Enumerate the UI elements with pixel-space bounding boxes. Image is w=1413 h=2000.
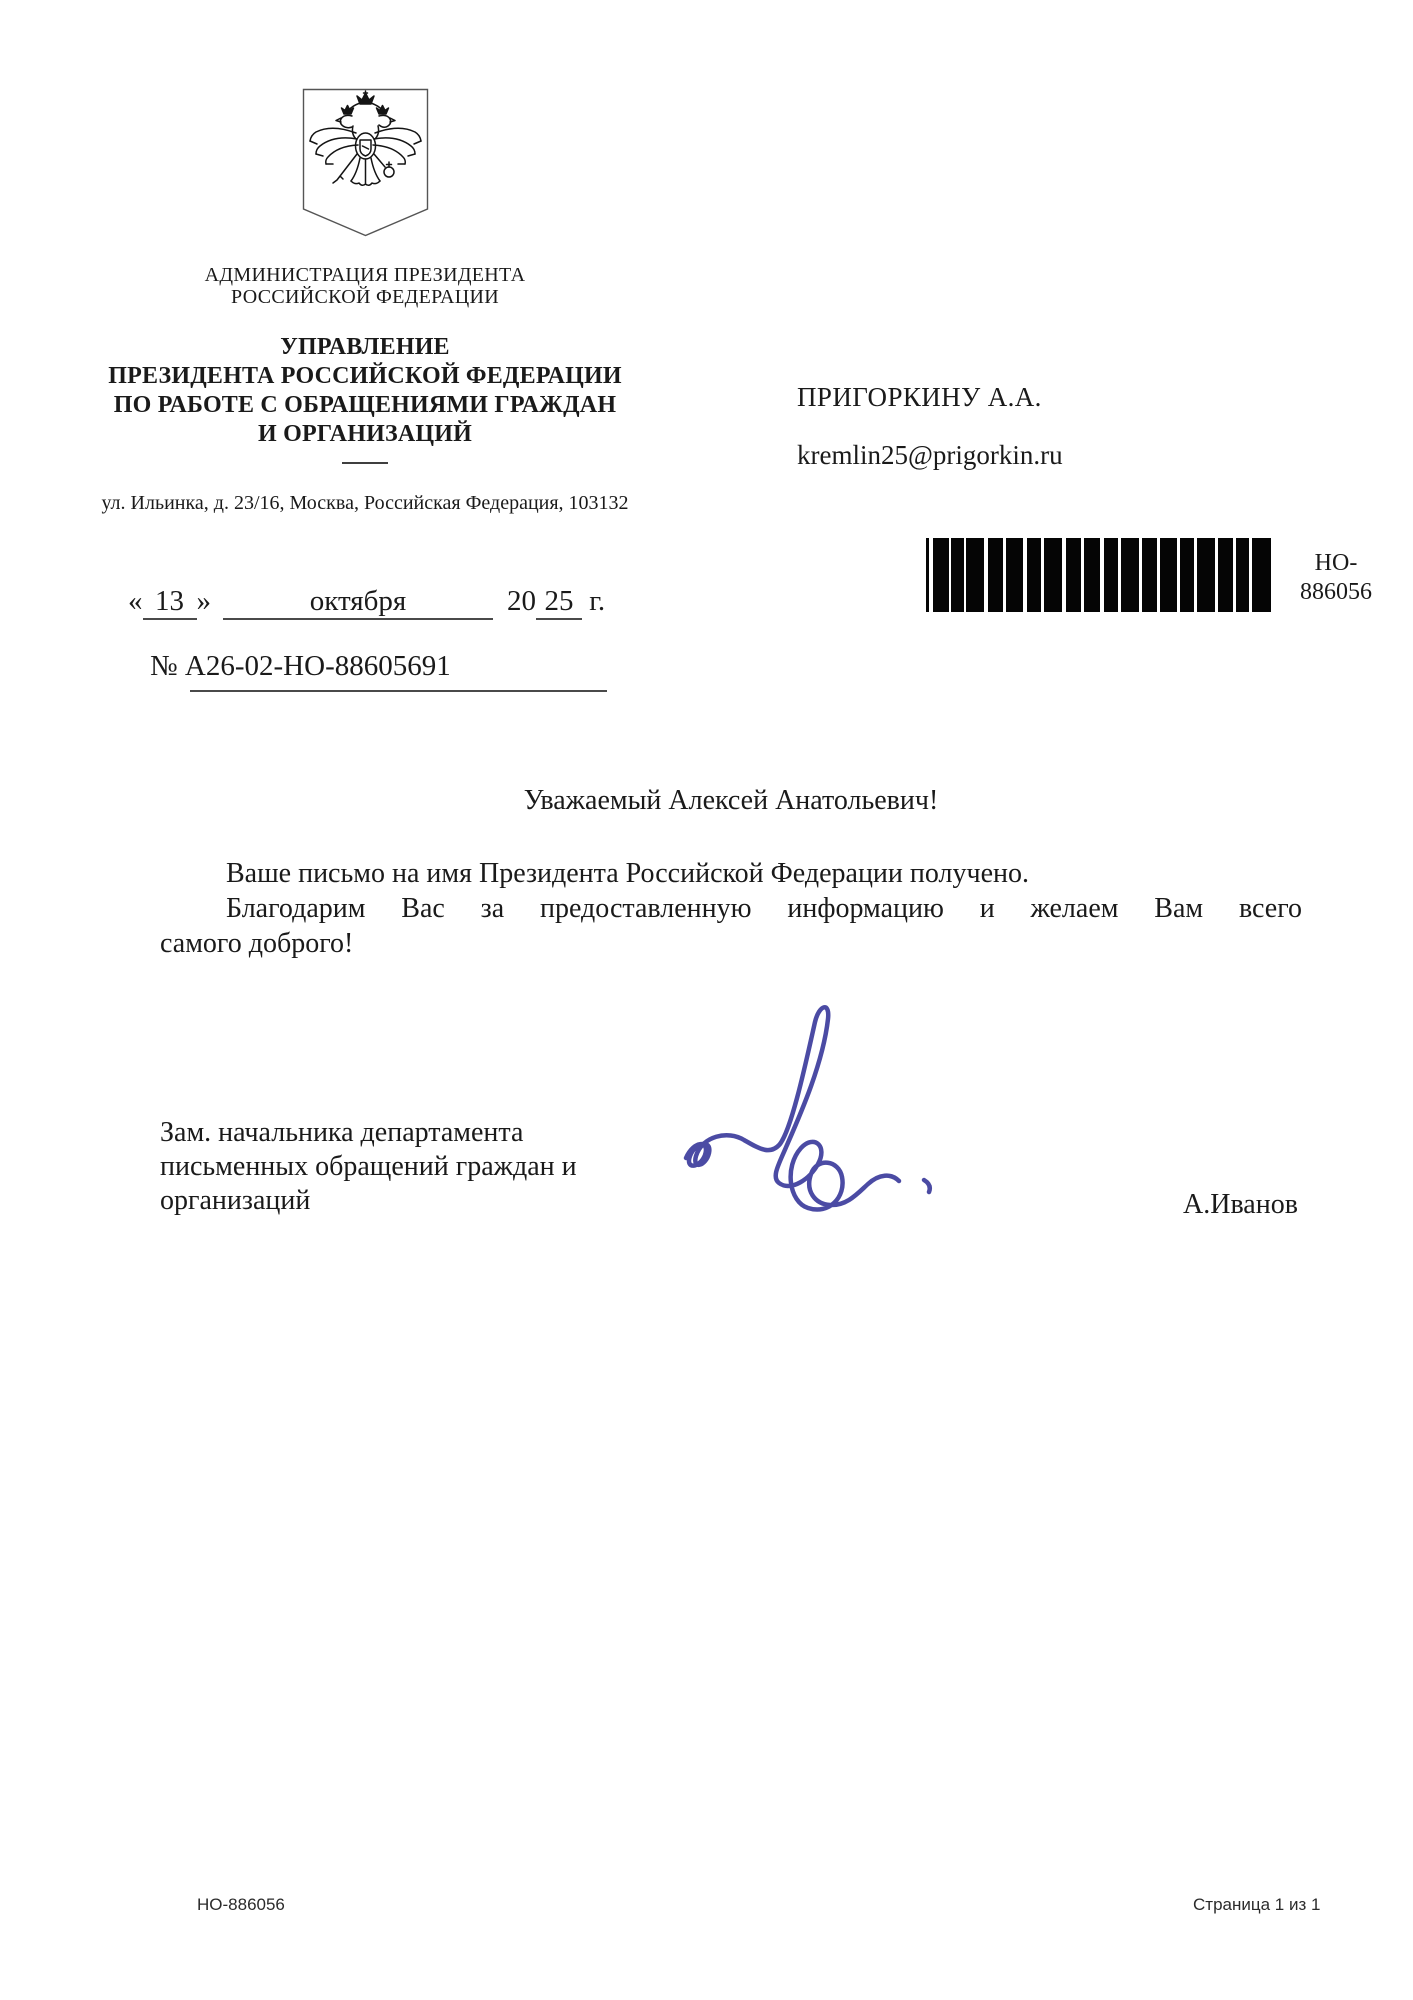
number-sign: № bbox=[150, 650, 178, 682]
document-number: А26-02-НО-88605691 bbox=[185, 650, 451, 682]
date-close-quote: » bbox=[197, 585, 212, 617]
letterhead: АДМИНИСТРАЦИЯ ПРЕЗИДЕНТА РОССИЙСКОЙ ФЕДЕ… bbox=[85, 88, 645, 515]
handwritten-signature-icon bbox=[672, 998, 1002, 1213]
barcode-label: НО- 886056 bbox=[1288, 549, 1384, 607]
date-century: 20 bbox=[507, 585, 536, 617]
date-year: 25 bbox=[536, 585, 582, 620]
document-page: АДМИНИСТРАЦИЯ ПРЕЗИДЕНТА РОССИЙСКОЙ ФЕДЕ… bbox=[0, 0, 1413, 2000]
date-day: 13 bbox=[143, 585, 197, 620]
date-month: октября bbox=[223, 585, 493, 620]
org-name-bold: УПРАВЛЕНИЕ ПРЕЗИДЕНТА РОССИЙСКОЙ ФЕДЕРАЦ… bbox=[85, 333, 645, 449]
date-line: «13»октября2025 г. bbox=[128, 585, 605, 620]
letterhead-divider bbox=[342, 462, 388, 464]
footer-page-info: Страница 1 из 1 bbox=[1193, 1895, 1320, 1915]
body-line-1: Ваше письмо на имя Президента Российской… bbox=[160, 856, 1302, 891]
letter-body: Ваше письмо на имя Президента Российской… bbox=[160, 856, 1302, 961]
salutation: Уважаемый Алексей Анатольевич! bbox=[160, 785, 1302, 817]
date-open-quote: « bbox=[128, 585, 143, 617]
document-number-line: № А26-02-НО-88605691 bbox=[150, 650, 451, 683]
date-year-suffix: г. bbox=[589, 585, 605, 617]
russian-coat-of-arms-icon bbox=[302, 88, 429, 238]
footer-doc-id: НО-886056 bbox=[197, 1895, 285, 1915]
recipient-email: kremlin25@prigorkin.ru bbox=[797, 440, 1063, 471]
org-address: ул. Ильинка, д. 23/16, Москва, Российска… bbox=[85, 491, 645, 515]
recipient-name: ПРИГОРКИНУ А.А. bbox=[797, 382, 1042, 413]
signer-title: Зам. начальника департамента письменных … bbox=[160, 1116, 630, 1218]
body-line-3: самого доброго! bbox=[160, 926, 1302, 961]
barcode-icon bbox=[926, 538, 1271, 612]
number-underline bbox=[190, 690, 607, 692]
body-line-2: Благодарим Вас за предоставленную информ… bbox=[160, 891, 1302, 926]
org-name-small: АДМИНИСТРАЦИЯ ПРЕЗИДЕНТА РОССИЙСКОЙ ФЕДЕ… bbox=[85, 264, 645, 308]
signer-name: А.Иванов bbox=[1183, 1189, 1298, 1221]
